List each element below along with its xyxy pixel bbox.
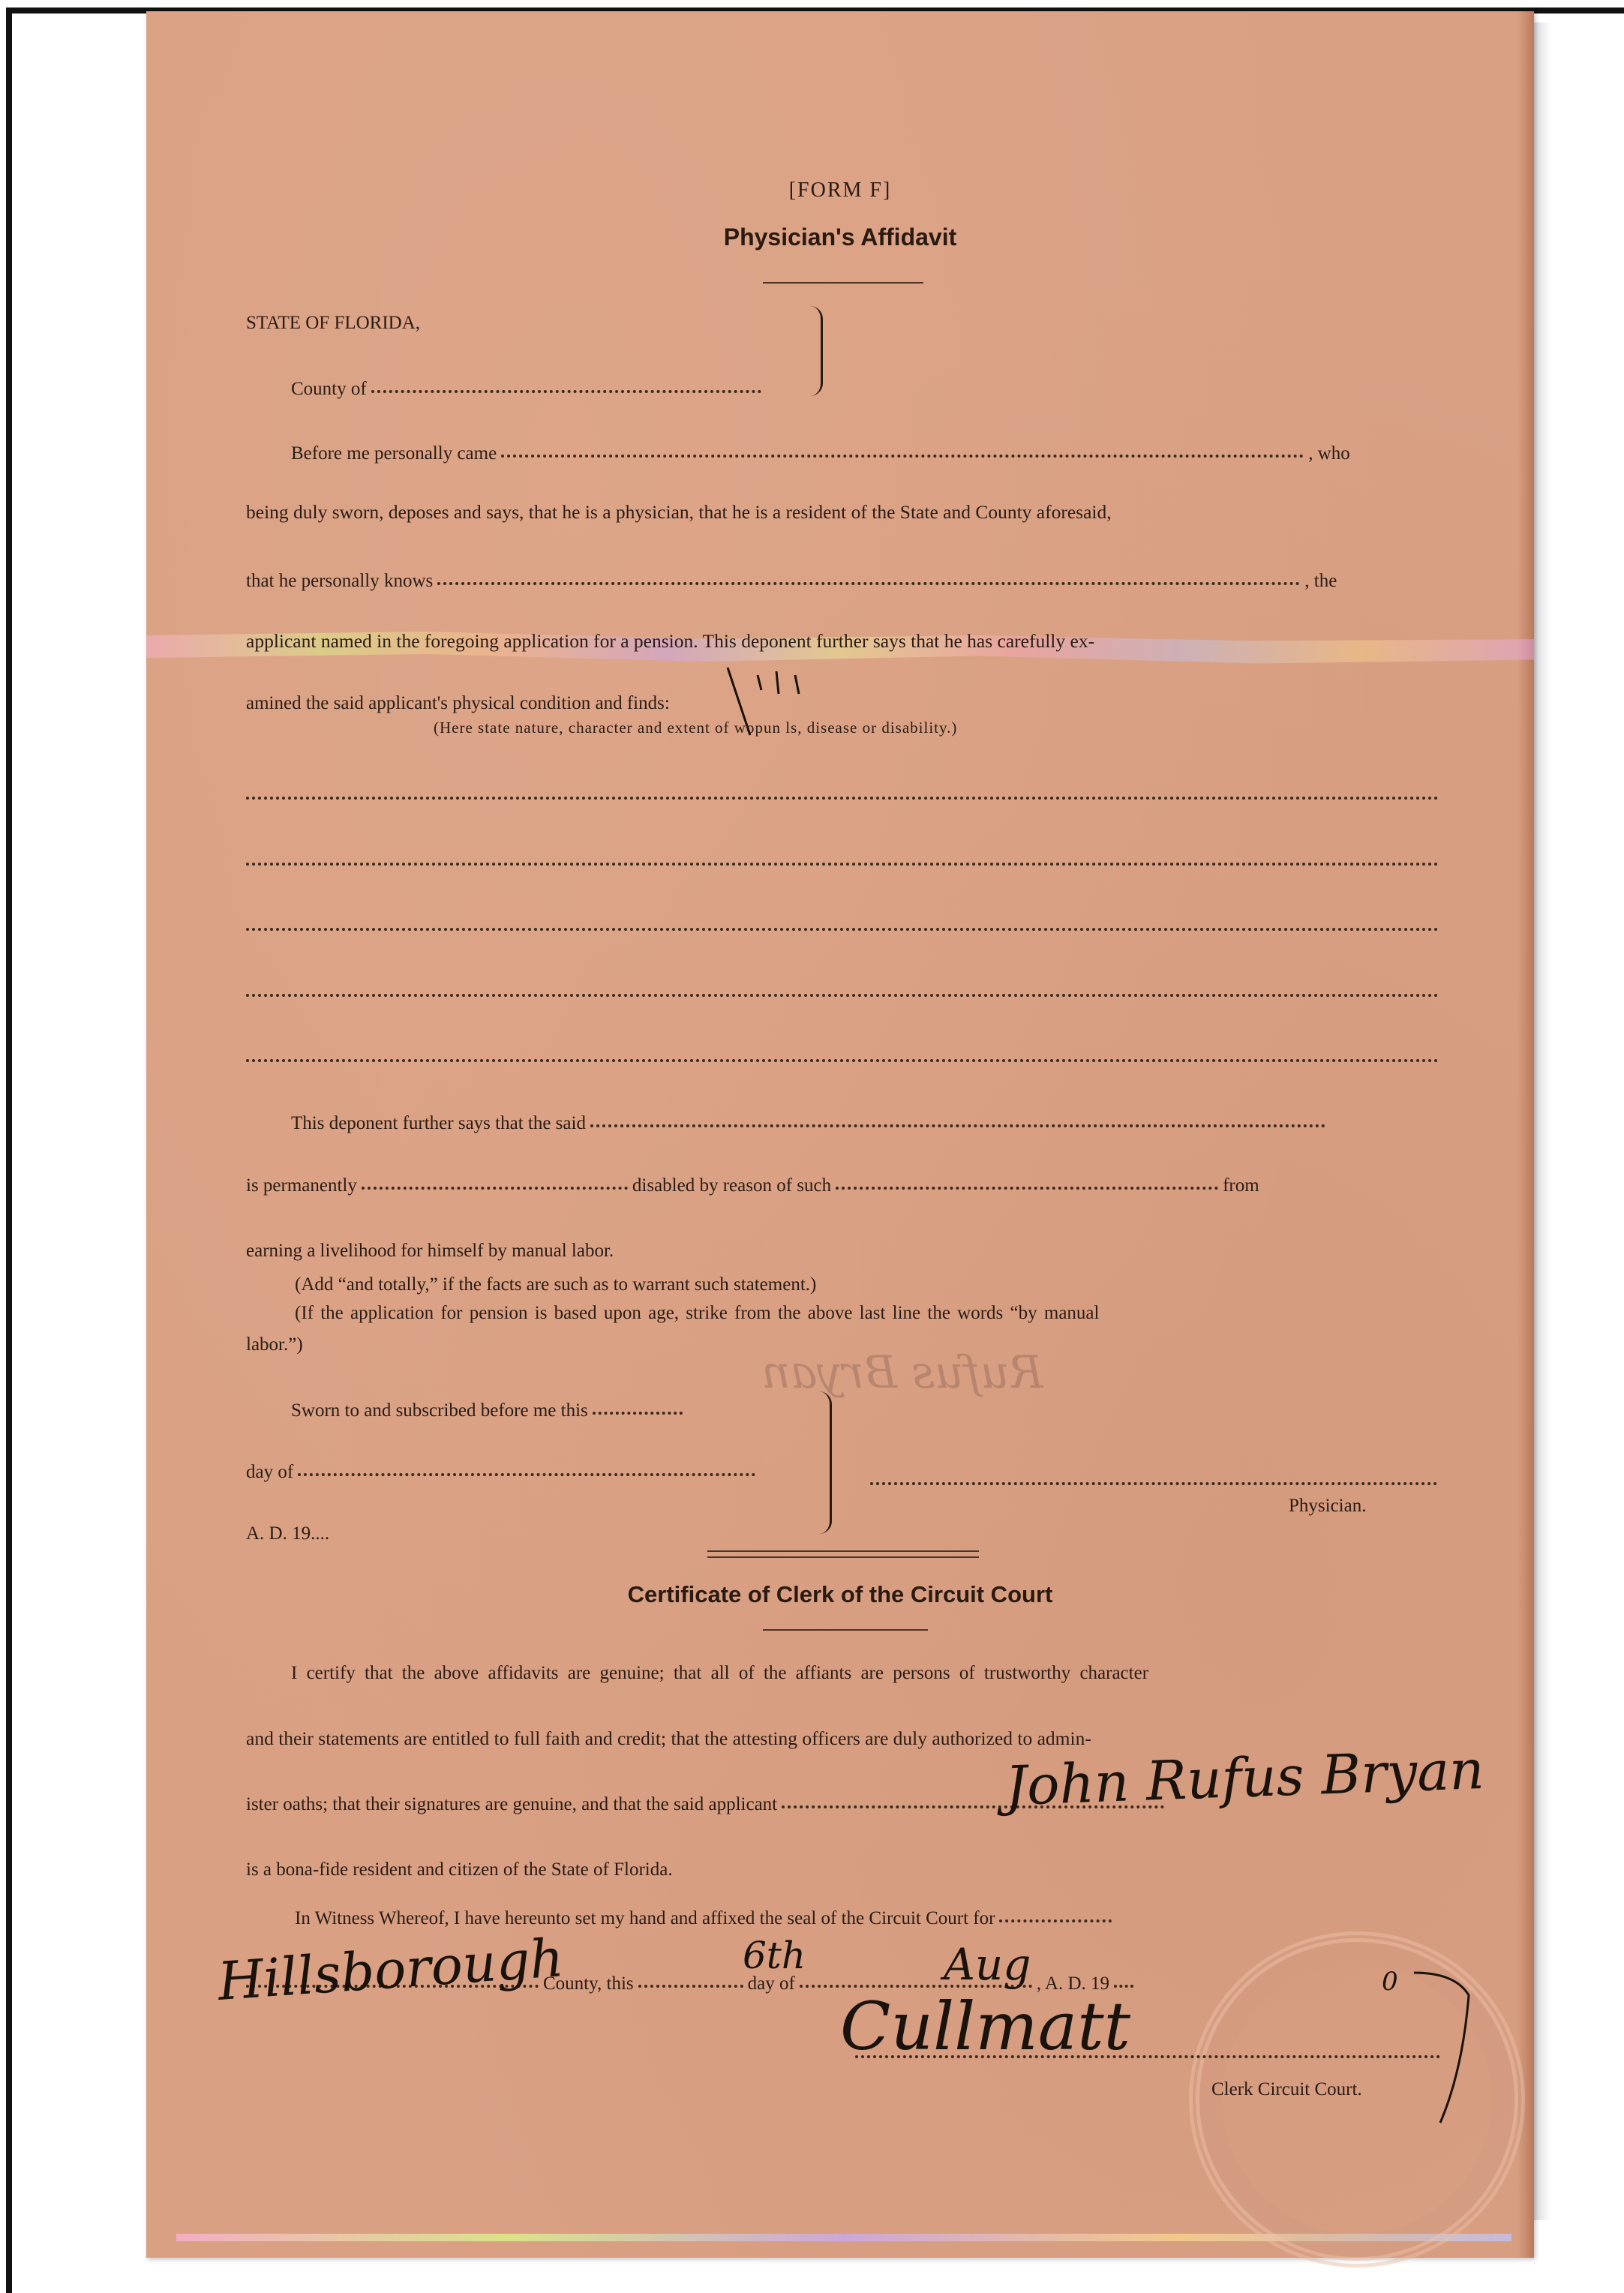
findings-line-2[interactable] — [246, 863, 1439, 866]
applicant-known-field[interactable] — [437, 582, 1300, 585]
sworn-label: Sworn to and subscribed before me this — [291, 1400, 588, 1421]
affidavit-line-8: earning a livelihood for himself by manu… — [246, 1241, 614, 1260]
note-age-b: labor.”) — [246, 1335, 303, 1354]
note-age-a: (If the application for pension is based… — [295, 1304, 1099, 1322]
clerk-label: Clerk Circuit Court. — [1211, 2080, 1362, 2099]
findings-line-1[interactable] — [246, 797, 1439, 800]
ink-bracket-stroke-icon — [1410, 1965, 1478, 2130]
line7-end: from — [1223, 1175, 1259, 1196]
cert-day-field[interactable] — [638, 1985, 743, 1988]
affidavit-line-3: that he personally knows, the — [246, 572, 1337, 590]
venue-county: County of — [291, 380, 766, 398]
plastic-sleeve-edge — [1534, 23, 1550, 2220]
certificate-rule — [763, 1629, 928, 1631]
line1-label: Before me personally came — [291, 443, 497, 464]
sworn-day-field[interactable] — [593, 1412, 683, 1415]
line3-label: that he personally knows — [246, 571, 433, 591]
line7-mid: disabled by reason of such — [632, 1175, 831, 1196]
findings-line-5[interactable] — [246, 1059, 1439, 1062]
certificate-title: Certificate of Clerk of the Circuit Cour… — [0, 1583, 1624, 1606]
findings-line-3[interactable] — [246, 928, 1439, 931]
jurat-brace — [819, 1391, 832, 1534]
dayof-label: day of — [246, 1462, 293, 1482]
venue-state: STATE OF FLORIDA, — [246, 314, 420, 332]
affiant-name-field[interactable] — [501, 455, 1304, 458]
page-title: Physician's Affidavit — [0, 225, 1624, 249]
county-label: County of — [291, 379, 367, 399]
venue-brace — [810, 306, 823, 396]
applicant-said-field[interactable] — [590, 1124, 1325, 1127]
handwritten-clerk-signature: Cullmatt — [840, 1988, 1130, 2065]
affidavit-line-6: This deponent further says that the said — [291, 1114, 1330, 1133]
bleed-through-signature: Rufus Bryan — [761, 1346, 1043, 1399]
ink-mark-icon — [720, 660, 810, 743]
certificate-line-4: is a bona-fide resident and citizen of t… — [246, 1860, 673, 1879]
physician-signature-line[interactable] — [870, 1482, 1437, 1485]
jurat-sworn: Sworn to and subscribed before me this — [291, 1401, 687, 1420]
paper-edge — [1517, 11, 1534, 2258]
line1-end: , who — [1308, 443, 1350, 464]
disability-degree-field[interactable] — [362, 1187, 628, 1190]
handwritten-month: Aug — [944, 1939, 1031, 1990]
affidavit-line-5: amined the said applicant's physical con… — [246, 694, 670, 713]
affidavit-line-4: applicant named in the foregoing applica… — [246, 632, 1094, 651]
handwritten-year: 0 — [1382, 1967, 1398, 1997]
line3-cert-label: ister oaths; that their signatures are g… — [246, 1794, 777, 1814]
certificate-line-1: I certify that the above affidavits are … — [291, 1664, 1148, 1682]
form-label: [FORM F] — [0, 180, 1624, 201]
physician-label: Physician. — [1289, 1496, 1366, 1515]
witness-label: In Witness Whereof, I have hereunto set … — [295, 1908, 995, 1928]
court-county-field[interactable] — [999, 1919, 1112, 1922]
disability-cause-field[interactable] — [836, 1187, 1218, 1190]
certificate-line-5: In Witness Whereof, I have hereunto set … — [295, 1909, 1116, 1928]
county-field[interactable] — [371, 390, 761, 393]
section-divider-1 — [707, 1550, 979, 1552]
handwritten-day: 6th — [743, 1934, 806, 1977]
instruction-note: (Here state nature, character and extent… — [434, 720, 957, 736]
section-divider-2 — [707, 1556, 979, 1558]
jurat-ad: A. D. 19.... — [246, 1524, 329, 1543]
title-rule — [763, 282, 923, 284]
affidavit-line-2: being duly sworn, deposes and says, that… — [246, 503, 1112, 522]
certificate-line-2: and their statements are entitled to ful… — [246, 1729, 1091, 1748]
affidavit-line-7: is permanentlydisabled by reason of such… — [246, 1176, 1259, 1195]
findings-line-4[interactable] — [246, 994, 1439, 997]
line7-label: is permanently — [246, 1175, 357, 1196]
line6-label: This deponent further says that the said — [291, 1113, 586, 1133]
jurat-dayof: day of — [246, 1463, 760, 1481]
sworn-month-field[interactable] — [298, 1473, 755, 1476]
affidavit-line-1: Before me personally came, who — [291, 444, 1350, 463]
line3-end: , the — [1304, 571, 1337, 591]
note-totally: (Add “and totally,” if the facts are suc… — [295, 1275, 816, 1294]
scanner-border-left — [6, 8, 12, 2293]
